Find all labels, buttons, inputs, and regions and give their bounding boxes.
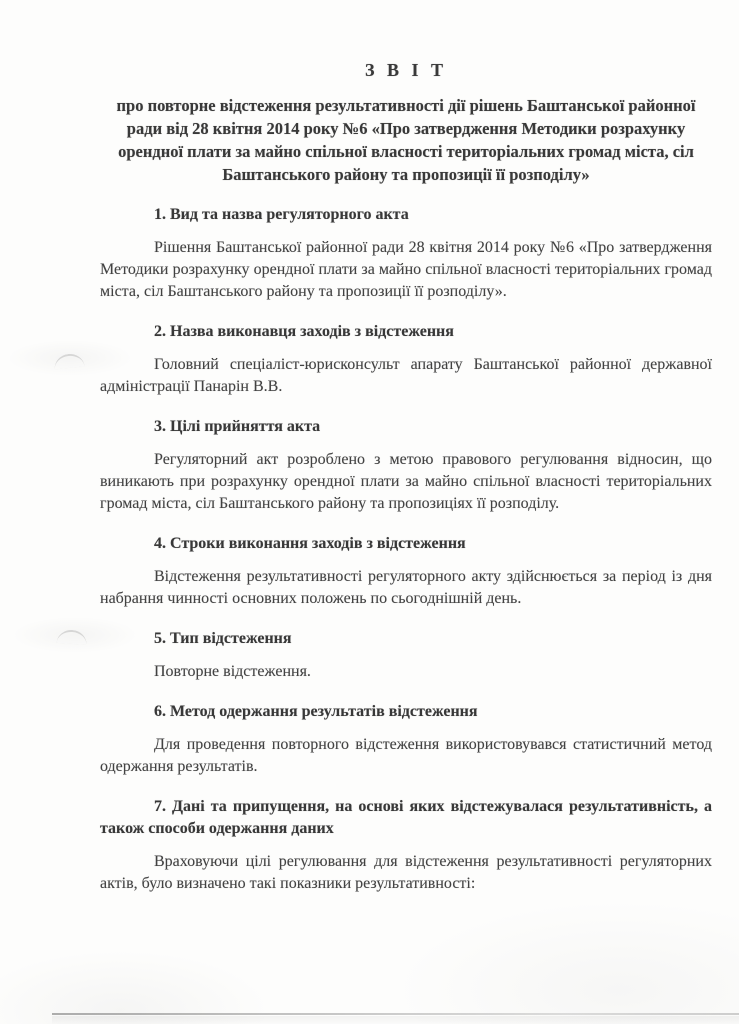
report-content: З В І Т про повторне відстеження результ… [100,58,712,895]
section-4-body: Відстеження результативності регуляторно… [100,566,712,610]
scan-artifact-arc [57,629,88,645]
section-1: 1. Вид та назва регуляторного акта Рішен… [100,204,712,303]
section-7-body: Враховуючи цілі регулювання для відстеже… [100,851,712,895]
section-4: 4. Строки виконання заходів з відстеженн… [100,533,712,610]
scan-artifact-arc [53,352,84,369]
section-1-heading: 1. Вид та назва регуляторного акта [100,204,712,226]
section-6-body: Для проведення повторного відстеження ви… [100,734,712,778]
page-bottom-edge-shadow [52,1016,739,1024]
scanned-report-page: З В І Т про повторне відстеження результ… [0,0,739,1024]
page-bottom-edge-line [52,1013,739,1015]
report-title: З В І Т [100,58,712,82]
section-7: 7. Дані та припущення, на основі яких ві… [100,796,712,895]
section-2-body: Головний спеціаліст-юрисконсульт апарату… [100,354,712,398]
section-2-heading: 2. Назва виконавця заходів з відстеження [100,321,712,343]
section-6: 6. Метод одержання результатів відстежен… [100,701,712,778]
section-2: 2. Назва виконавця заходів з відстеження… [100,321,712,398]
report-subtitle: про повторне відстеження результативност… [100,94,712,186]
section-3: 3. Цілі прийняття акта Регуляторний акт … [100,416,712,515]
section-3-heading: 3. Цілі прийняття акта [100,416,712,438]
section-5-heading: 5. Тип відстеження [100,628,712,650]
section-3-body: Регуляторний акт розроблено з метою прав… [100,449,712,515]
section-6-heading: 6. Метод одержання результатів відстежен… [100,701,712,723]
section-1-body: Рішення Баштанської районної ради 28 кві… [100,237,712,303]
section-7-heading: 7. Дані та припущення, на основі яких ві… [100,796,712,840]
section-5: 5. Тип відстеження Повторне відстеження. [100,628,712,683]
section-5-body: Повторне відстеження. [100,661,712,683]
section-4-heading: 4. Строки виконання заходів з відстеженн… [100,533,712,555]
